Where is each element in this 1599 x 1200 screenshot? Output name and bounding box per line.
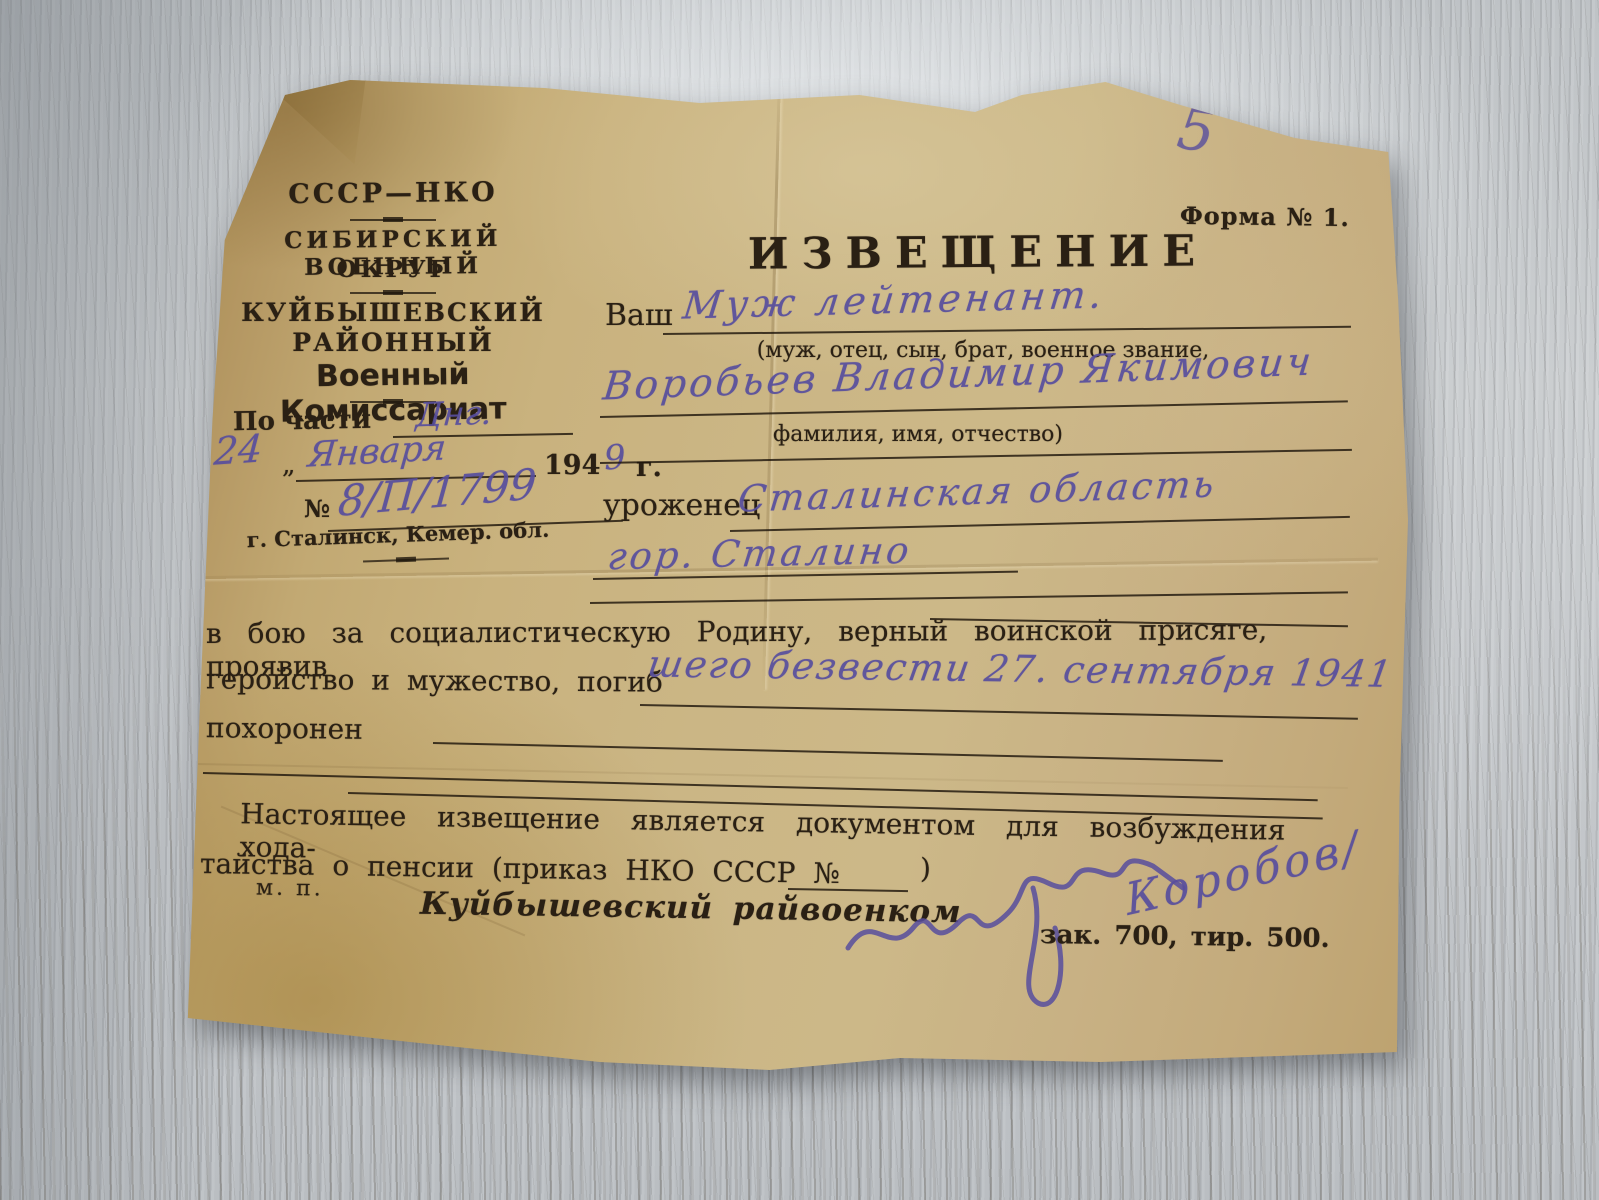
print-run-note: зак. 700, тир. 500. — [1040, 920, 1330, 954]
stamp-commissariat-line2: РАЙОННЫЙ — [218, 328, 568, 357]
notice-form-paper: СССР—НКО СИБИРСКИЙ ВОЕННЫЙ ОКРУГ КУЙБЫШЕ… — [178, 70, 1408, 1070]
stamp-commissariat-line1: КУЙБЫШЕВСКИЙ — [218, 298, 568, 327]
number-label: № — [304, 494, 330, 523]
document-paper-wrapper: СССР—НКО СИБИРСКИЙ ВОЕННЫЙ ОКРУГ КУЙБЫШЕ… — [178, 70, 1408, 1070]
urozhenets-handwritten-value: Сталинская область — [736, 462, 1219, 520]
document-title: ИЗВЕЩЕНИЕ — [598, 225, 1358, 280]
stamp-military-district-line2: ОКРУГ — [218, 256, 568, 283]
folded-corner — [270, 76, 366, 168]
po-chasti-handwritten-value: Днг. — [415, 393, 493, 435]
date-day-handwritten: 24 — [213, 426, 264, 474]
photo-of-document: СССР—НКО СИБИРСКИЙ ВОЕННЫЙ ОКРУГ КУЙБЫШЕ… — [0, 0, 1599, 1200]
urozhenets-rule — [730, 516, 1350, 532]
date-open-quote: „ — [282, 450, 295, 480]
body-line2-printed: геройство и мужество, погиб — [206, 662, 663, 698]
vash-label: Ваш — [605, 298, 673, 333]
blank-rule-2 — [590, 591, 1348, 604]
date-year-printed: 194 — [544, 450, 600, 481]
corner-pencil-mark: 5 — [1173, 94, 1219, 166]
pokhoronen-rule — [433, 742, 1223, 762]
ornament-divider-2 — [350, 289, 436, 296]
stamp-org-country: СССР—НКО — [218, 176, 568, 211]
ornament-divider-1 — [350, 216, 436, 223]
pokhoronen-label: похоронен — [206, 711, 363, 746]
blank-rule-4 — [203, 772, 1318, 801]
mp-seal-abbrev: м. п. — [256, 876, 324, 902]
body-line2-rule — [640, 704, 1358, 720]
date-suffix: г. — [636, 452, 662, 483]
torn-left-edge — [176, 228, 209, 788]
urozhenets-city-handwritten: гор. Сталино — [605, 529, 914, 578]
vash-handwritten-value: Муж лейтенант. — [681, 272, 1109, 327]
caption-name: фамилия, имя, отчество) — [618, 422, 1218, 447]
blank-rule-1 — [600, 449, 1352, 464]
ornament-divider-4 — [363, 555, 449, 565]
vash-rule — [663, 326, 1351, 335]
stamp-city-line: г. Сталинск, Кемер. обл. — [213, 516, 584, 554]
